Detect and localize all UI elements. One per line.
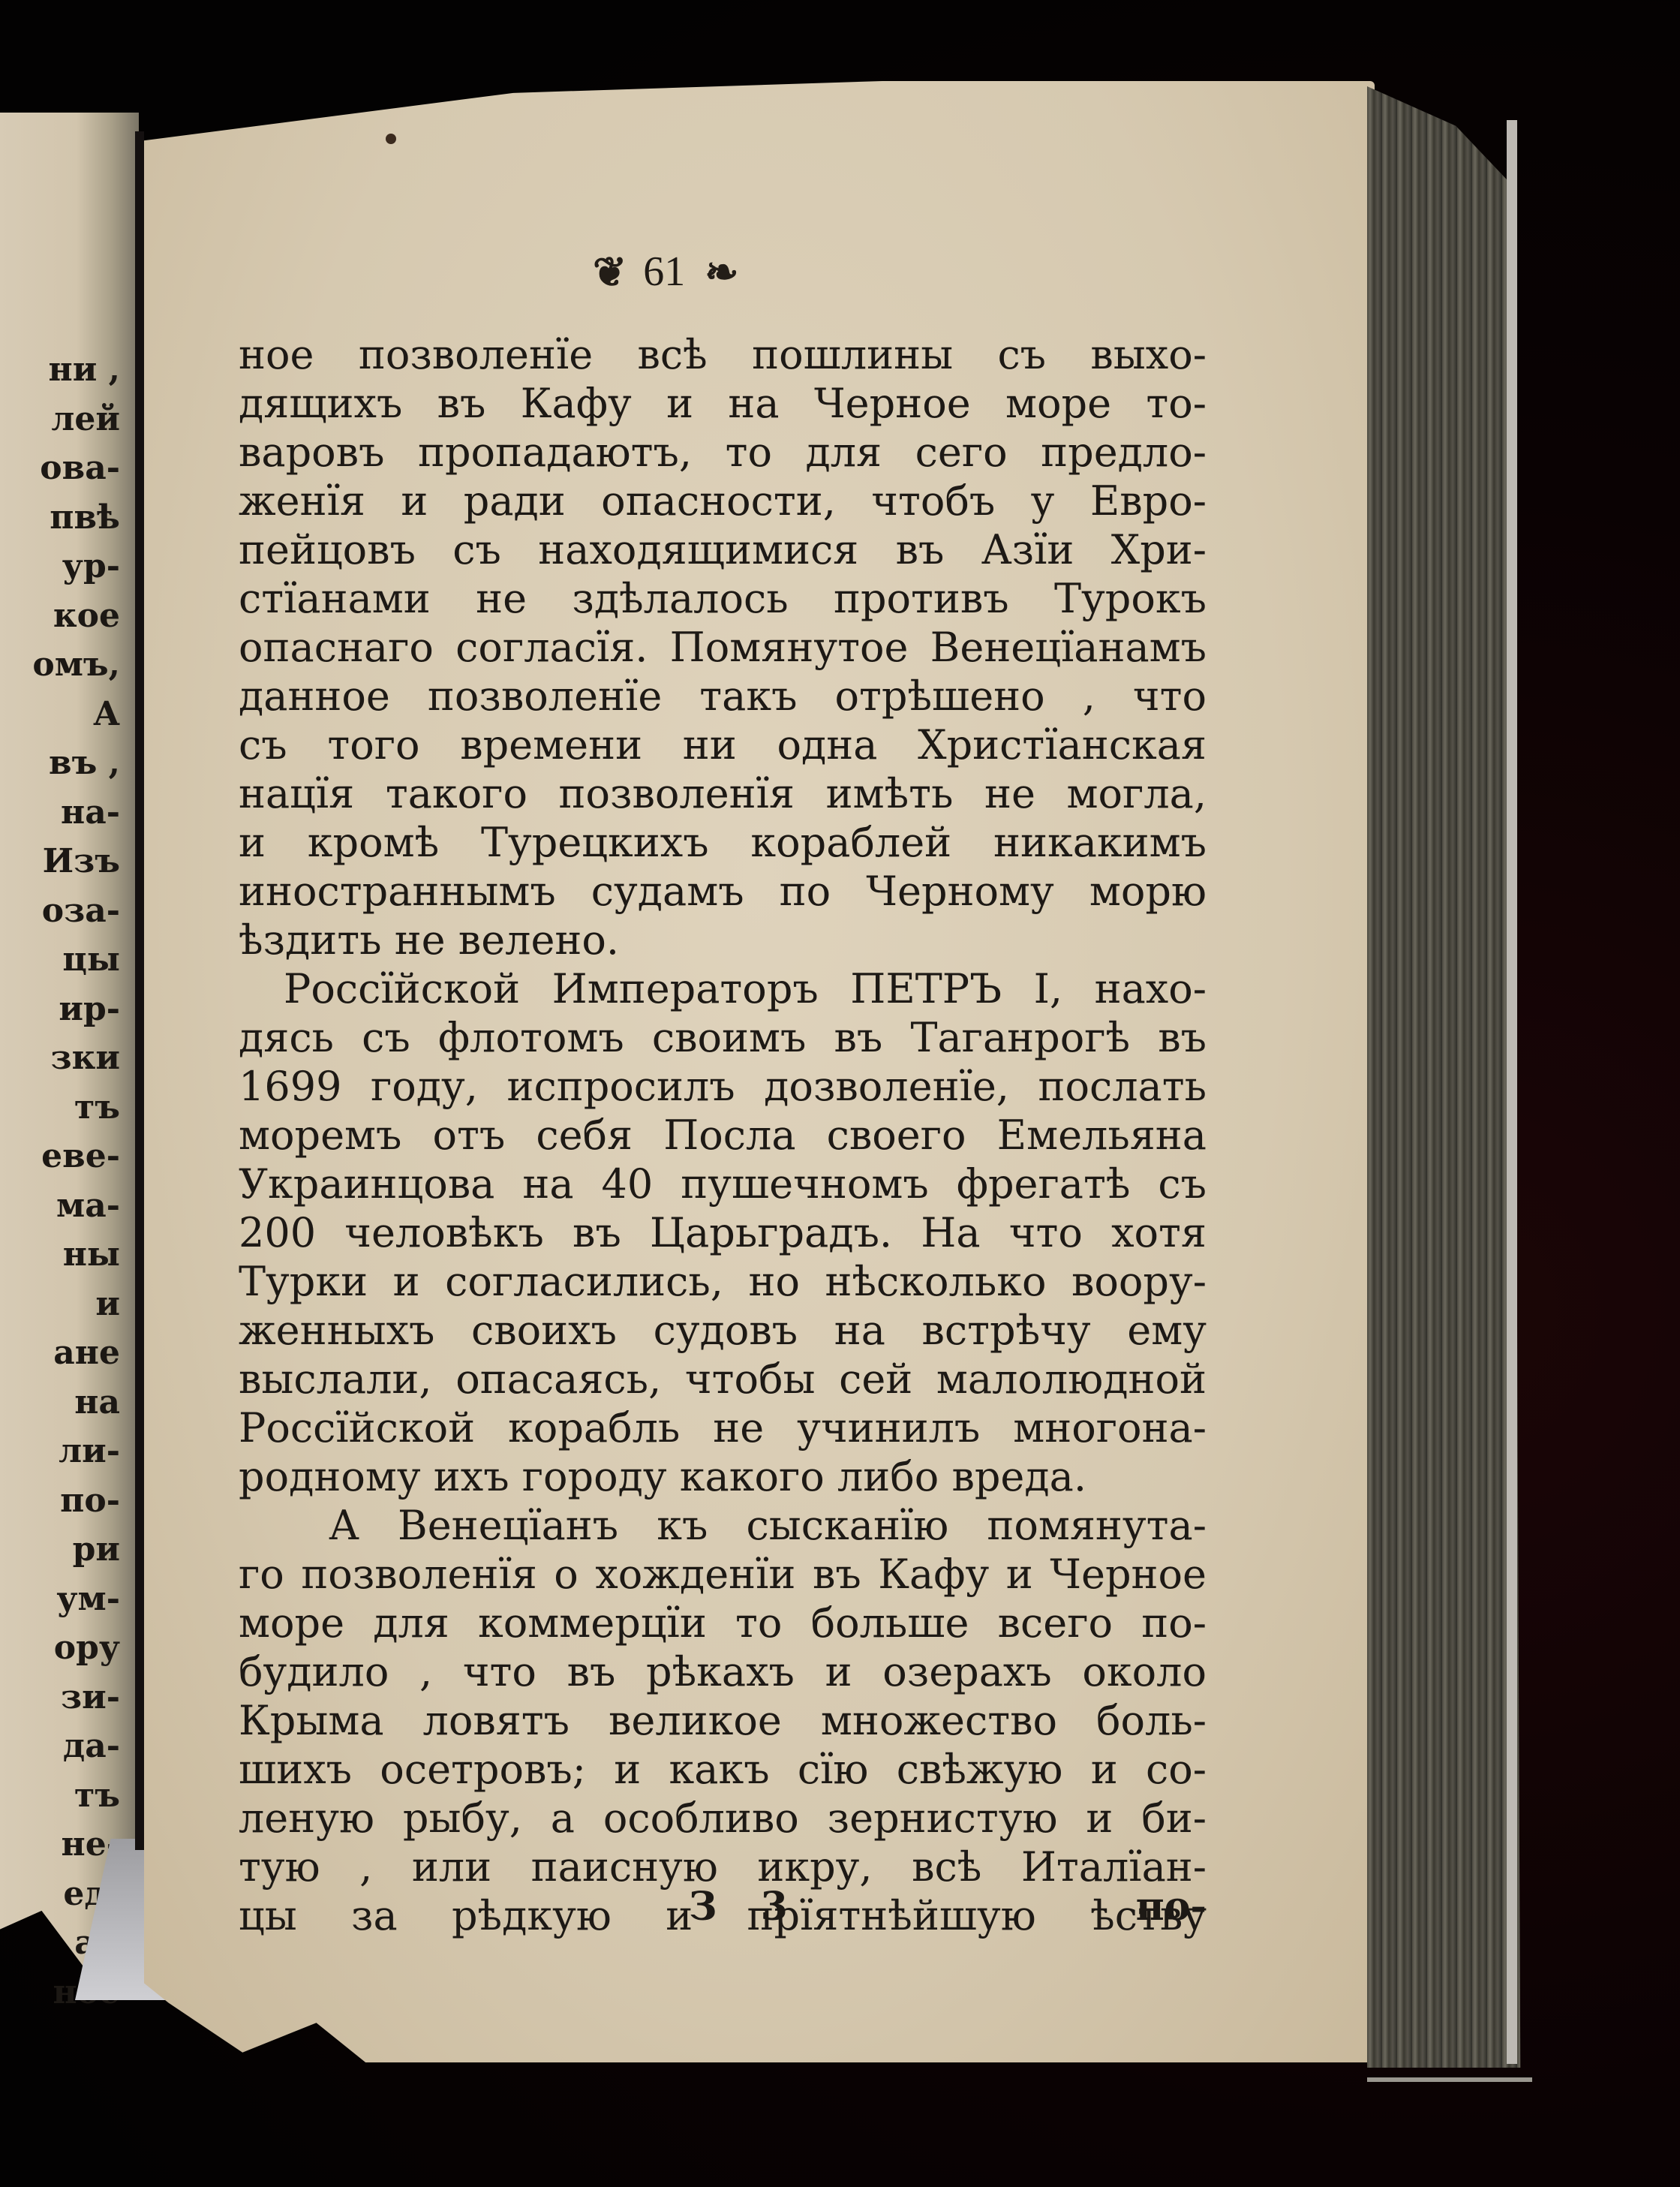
text-line: ное позволенїе всѣ пошлины съ выхо- bbox=[239, 330, 1207, 379]
left-line-ending: А bbox=[0, 690, 120, 739]
left-line-ending: не- bbox=[0, 1820, 120, 1870]
text-line: Россїйской корабль не учинилъ многона- bbox=[239, 1403, 1207, 1452]
left-line-ending: лей bbox=[0, 395, 120, 444]
text-line: данное позволенїе такъ отрѣшено , что bbox=[239, 672, 1207, 720]
left-line-ending: по- bbox=[0, 1476, 120, 1526]
text-line: шихъ осетровъ; и какъ сїю свѣжую и со- bbox=[239, 1745, 1207, 1794]
signature-mark: З 3 bbox=[689, 1884, 803, 1930]
left-line-ending: ли- bbox=[0, 1427, 120, 1476]
text-line: леную рыбу, а особливо зернистую и би- bbox=[239, 1794, 1207, 1843]
text-line: стїанами не здѣлалось противъ Турокъ bbox=[239, 574, 1207, 623]
left-line-ending: ова- bbox=[0, 444, 120, 493]
text-line: го позволенїя о хожденїи въ Кафу и Черно… bbox=[239, 1550, 1207, 1599]
page-number: 61 bbox=[643, 248, 685, 296]
page-header: ❦ 61 ❧ bbox=[593, 248, 736, 296]
left-line-ending: да- bbox=[0, 1722, 120, 1771]
left-line-ending: въ , bbox=[0, 739, 120, 788]
left-line-ending: и bbox=[0, 1280, 120, 1329]
text-line: Турки и согласились, но нѣсколько воору- bbox=[239, 1257, 1207, 1306]
page-edges bbox=[1367, 86, 1528, 2068]
text-line: будило , что въ рѣкахъ и озерахъ около bbox=[239, 1647, 1207, 1696]
text-line: дящихъ въ Кафу и на Черное море то- bbox=[239, 379, 1207, 428]
left-line-ending: зи- bbox=[0, 1673, 120, 1722]
left-line-ending: ир- bbox=[0, 985, 120, 1034]
left-line-ending: на- bbox=[0, 788, 120, 838]
text-line: женныхъ своихъ судовъ на встрѣчу ему bbox=[239, 1306, 1207, 1355]
text-line: Украинцова на 40 пушечномъ фрегатѣ съ bbox=[239, 1160, 1207, 1208]
page-footer: З 3 по- bbox=[239, 1884, 1207, 1936]
book-gutter bbox=[135, 131, 144, 1850]
ornament-right-icon: ❧ bbox=[705, 248, 735, 296]
text-line: моремъ отъ себя Посла своего Емельяна bbox=[239, 1111, 1207, 1160]
text-line: Россїйской Императоръ ПЕТРЪ I, нахо- bbox=[239, 964, 1207, 1013]
body-text: ное позволенїе всѣ пошлины съ выхо-дящих… bbox=[239, 330, 1207, 1940]
text-line: дясь съ флотомъ своимъ въ Таганрогѣ въ bbox=[239, 1013, 1207, 1062]
text-line: море для коммерцїи то больше всего по- bbox=[239, 1599, 1207, 1647]
left-line-ending: оза- bbox=[0, 886, 120, 936]
text-line: 200 человѣкъ въ Царьградъ. На что хотя bbox=[239, 1208, 1207, 1257]
left-line-ending: ри bbox=[0, 1525, 120, 1575]
left-line-ending: пвѣ bbox=[0, 493, 120, 543]
left-line-ending: ане bbox=[0, 1328, 120, 1378]
left-line-ending: ни , bbox=[0, 345, 120, 395]
text-line: ѣздить не велено. bbox=[239, 916, 1207, 964]
book-cover-edge bbox=[1507, 120, 1517, 2064]
left-line-ending: омъ, bbox=[0, 640, 120, 690]
text-line: нацїя такого позволенїя имѣть не могла, bbox=[239, 769, 1207, 818]
catchword: по- bbox=[1136, 1884, 1207, 1930]
left-line-ending: ны bbox=[0, 1230, 120, 1280]
text-line: съ того времени ни одна Христїанская bbox=[239, 720, 1207, 769]
text-line: родному ихъ городу какого либо вреда. bbox=[239, 1452, 1207, 1501]
left-line-ending: еве- bbox=[0, 1132, 120, 1181]
left-line-ending: ма- bbox=[0, 1181, 120, 1231]
left-line-ending: на bbox=[0, 1378, 120, 1427]
text-line: иностраннымъ судамъ по Черному морю bbox=[239, 867, 1207, 916]
book-bottom-edge bbox=[1367, 2077, 1532, 2082]
left-line-ending: Изъ bbox=[0, 837, 120, 886]
left-page-line-endings: ни ,лейова-пвѣур-коеомъ,Авъ ,на-Изъоза-ц… bbox=[0, 345, 120, 2017]
text-line: 1699 году, испросилъ дозволенїе, послать bbox=[239, 1062, 1207, 1111]
left-line-ending: ум- bbox=[0, 1575, 120, 1624]
left-line-ending: цы bbox=[0, 935, 120, 985]
left-line-ending: тъ bbox=[0, 1771, 120, 1821]
ink-spot bbox=[386, 134, 396, 144]
text-line: варовъ пропадаютъ, то для сего предло- bbox=[239, 428, 1207, 477]
text-line: опаснаго согласїя. Помянутое Венецїанамъ bbox=[239, 623, 1207, 672]
left-line-ending: зки bbox=[0, 1033, 120, 1083]
left-line-ending: тъ bbox=[0, 1083, 120, 1133]
text-line: и кромѣ Турецкихъ кораблей никакимъ bbox=[239, 818, 1207, 867]
text-line: Крыма ловятъ великое множество боль- bbox=[239, 1696, 1207, 1745]
left-line-ending: ур- bbox=[0, 542, 120, 591]
text-line: А Венецїанъ къ сысканїю помянута- bbox=[239, 1501, 1207, 1550]
text-line: пейцовъ съ находящимися въ Азїи Хри- bbox=[239, 525, 1207, 574]
text-line: женїя и ради опасности, чтобъ у Евро- bbox=[239, 477, 1207, 525]
left-line-ending: кое bbox=[0, 591, 120, 641]
text-line: выслали, опасаясь, чтобы сей малолюдной bbox=[239, 1355, 1207, 1403]
left-line-ending: ору bbox=[0, 1623, 120, 1673]
ornament-left-icon: ❦ bbox=[593, 248, 624, 296]
